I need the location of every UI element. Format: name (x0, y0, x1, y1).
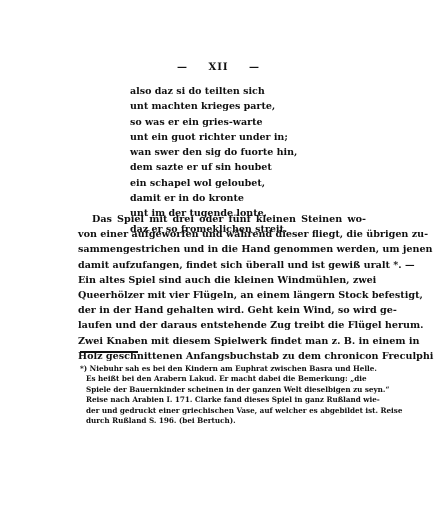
footnote-line: Es heißt bei den Arabern Lakud. Er macht… (80, 374, 362, 384)
verse-line: also daz si do teilten sich (130, 84, 297, 99)
prose-line: Zwei Knaben mit diesem Spielwerk findet … (78, 334, 366, 349)
prose-line: der in der Hand gehalten wird. Geht kein… (78, 303, 366, 318)
prose-line: damit aufzufangen, findet sich überall u… (78, 258, 366, 273)
verse-line: ein schapel wol geloubet, (130, 176, 297, 191)
footnote-line: Spiele der Bauernkinder scheinen in der … (80, 385, 362, 395)
prose-line: Queerhölzer mit vier Flügeln, an einem l… (78, 288, 366, 303)
verse-line: unt ein guot richter under in; (130, 130, 297, 145)
footnote-line: durch Rußland S. 196. (bei Bertuch). (80, 416, 362, 426)
page-header: — XII — (0, 62, 437, 73)
body-paragraph: Das Spiel mit drei oder fünf kleinen Ste… (78, 212, 366, 364)
footnote-rule (80, 351, 138, 353)
prose-line: laufen und der daraus entstehende Zug tr… (78, 318, 366, 333)
footnote-block: *) Niebuhr sah es bei den Kindern am Eup… (80, 364, 362, 426)
header-dash-left: — (177, 62, 188, 73)
verse-line: damit er in do kronte (130, 191, 297, 206)
page-number: XII (208, 62, 228, 73)
prose-line: von einer aufgeworfen und während dieser… (78, 227, 366, 242)
verse-line: unt machten krieges parte, (130, 99, 297, 114)
footnote-line: Reise nach Arabien I. 171. Clarke fand d… (80, 395, 362, 405)
footnote-line: *) Niebuhr sah es bei den Kindern am Eup… (80, 364, 362, 374)
verse-line: dem sazte er uf sin houbet (130, 160, 297, 175)
verse-line: wan swer den sig do fuorte hin, (130, 145, 297, 160)
verse-line: so was er ein gries-warte (130, 115, 297, 130)
prose-line: Ein altes Spiel sind auch die kleinen Wi… (78, 273, 366, 288)
prose-line: Das Spiel mit drei oder fünf kleinen Ste… (78, 212, 366, 227)
prose-line: sammengestrichen und in die Hand genomme… (78, 242, 366, 257)
header-dash-right: — (249, 62, 260, 73)
footnote-line: der und gedruckt einer griechischen Vase… (80, 406, 362, 416)
